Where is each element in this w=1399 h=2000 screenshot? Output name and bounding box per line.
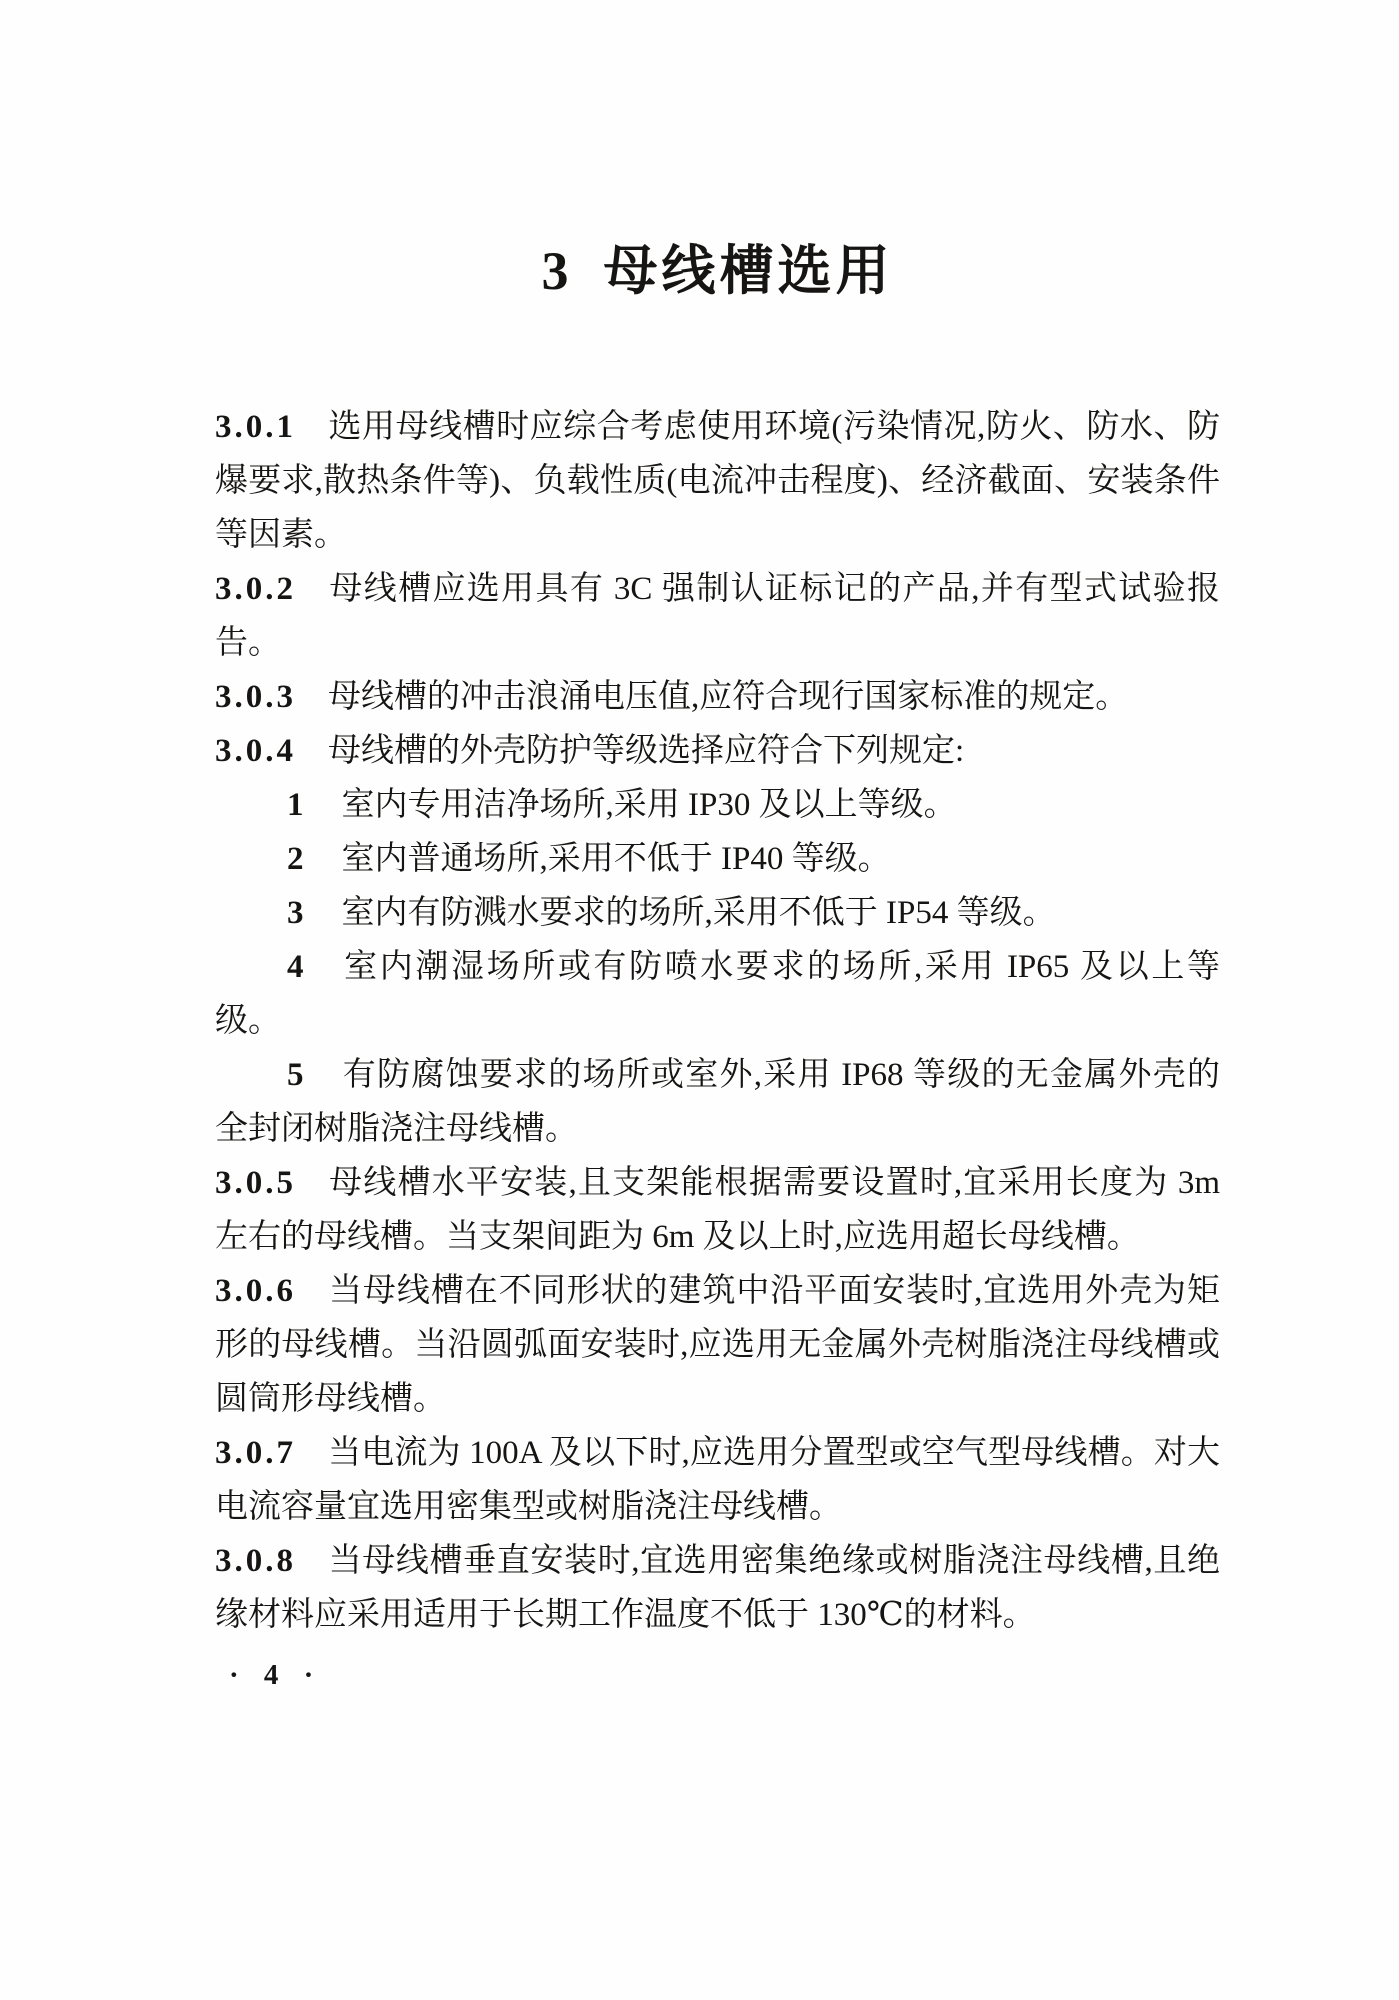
clause-number: 3.0.2 xyxy=(215,571,296,607)
item-text: 室内普通场所,采用不低于 IP40 等级。 xyxy=(342,841,891,877)
text-block: 3母线槽选用 3.0.1选用母线槽时应综合考虑使用环境(污染情况,防火、防水、防… xyxy=(215,0,1220,1692)
chapter-title: 3母线槽选用 xyxy=(215,243,1220,299)
item-text: 室内潮湿场所或有防喷水要求的场所,采用 IP65 及以上等级。 xyxy=(215,949,1220,1039)
clause-3-0-4-item-4: 4室内潮湿场所或有防喷水要求的场所,采用 IP65 及以上等级。 xyxy=(215,940,1220,1048)
clause-number: 3.0.1 xyxy=(215,409,296,445)
document-body: 3.0.1选用母线槽时应综合考虑使用环境(污染情况,防火、防水、防爆要求,散热条… xyxy=(215,400,1220,1642)
clause-3-0-8: 3.0.8当母线槽垂直安装时,宜选用密集绝缘或树脂浇注母线槽,且绝缘材料应采用适… xyxy=(215,1534,1220,1642)
clause-3-0-4: 3.0.4母线槽的外壳防护等级选择应符合下列规定: xyxy=(215,724,1220,778)
page-number: · 4 · xyxy=(215,1658,1220,1692)
clause-3-0-1: 3.0.1选用母线槽时应综合考虑使用环境(污染情况,防火、防水、防爆要求,散热条… xyxy=(215,400,1220,562)
clause-number: 3.0.6 xyxy=(215,1273,296,1309)
clause-text: 母线槽的冲击浪涌电压值,应符合现行国家标准的规定。 xyxy=(328,679,1128,715)
clause-number: 3.0.3 xyxy=(215,679,296,715)
clause-3-0-2: 3.0.2母线槽应选用具有 3C 强制认证标记的产品,并有型式试验报告。 xyxy=(215,562,1220,670)
item-number: 4 xyxy=(287,949,304,985)
chapter-name: 母线槽选用 xyxy=(604,241,894,301)
chapter-number: 3 xyxy=(541,241,568,301)
clause-number: 3.0.5 xyxy=(215,1165,296,1201)
clause-number: 3.0.8 xyxy=(215,1543,296,1579)
clause-3-0-3: 3.0.3母线槽的冲击浪涌电压值,应符合现行国家标准的规定。 xyxy=(215,670,1220,724)
clause-3-0-4-item-1: 1室内专用洁净场所,采用 IP30 及以上等级。 xyxy=(215,778,1220,832)
clause-text: 母线槽水平安装,且支架能根据需要设置时,宜采用长度为 3m 左右的母线槽。当支架… xyxy=(215,1165,1220,1255)
page-number-text: · 4 · xyxy=(229,1659,322,1691)
item-number: 3 xyxy=(287,895,304,931)
clause-text: 母线槽的外壳防护等级选择应符合下列规定: xyxy=(328,733,964,769)
item-text: 室内有防溅水要求的场所,采用不低于 IP54 等级。 xyxy=(342,895,1056,931)
item-text: 有防腐蚀要求的场所或室外,采用 IP68 等级的无金属外壳的全封闭树脂浇注母线槽… xyxy=(215,1057,1220,1147)
item-number: 1 xyxy=(287,787,304,823)
clause-text: 当母线槽在不同形状的建筑中沿平面安装时,宜选用外壳为矩形的母线槽。当沿圆弧面安装… xyxy=(215,1273,1220,1417)
clause-text: 当母线槽垂直安装时,宜选用密集绝缘或树脂浇注母线槽,且绝缘材料应采用适用于长期工… xyxy=(215,1543,1220,1633)
clause-number: 3.0.4 xyxy=(215,733,296,769)
clause-3-0-4-item-2: 2室内普通场所,采用不低于 IP40 等级。 xyxy=(215,832,1220,886)
document-page: 3母线槽选用 3.0.1选用母线槽时应综合考虑使用环境(污染情况,防火、防水、防… xyxy=(0,0,1399,2000)
clause-3-0-6: 3.0.6当母线槽在不同形状的建筑中沿平面安装时,宜选用外壳为矩形的母线槽。当沿… xyxy=(215,1264,1220,1426)
clause-text: 母线槽应选用具有 3C 强制认证标记的产品,并有型式试验报告。 xyxy=(215,571,1220,661)
clause-text: 当电流为 100A 及以下时,应选用分置型或空气型母线槽。对大电流容量宜选用密集… xyxy=(215,1435,1220,1525)
clause-number: 3.0.7 xyxy=(215,1435,296,1471)
clause-3-0-5: 3.0.5母线槽水平安装,且支架能根据需要设置时,宜采用长度为 3m 左右的母线… xyxy=(215,1156,1220,1264)
item-number: 5 xyxy=(287,1057,304,1093)
item-text: 室内专用洁净场所,采用 IP30 及以上等级。 xyxy=(342,787,957,823)
clause-3-0-4-item-3: 3室内有防溅水要求的场所,采用不低于 IP54 等级。 xyxy=(215,886,1220,940)
clause-text: 选用母线槽时应综合考虑使用环境(污染情况,防火、防水、防爆要求,散热条件等)、负… xyxy=(215,409,1220,553)
item-number: 2 xyxy=(287,841,304,877)
clause-3-0-7: 3.0.7当电流为 100A 及以下时,应选用分置型或空气型母线槽。对大电流容量… xyxy=(215,1426,1220,1534)
clause-3-0-4-item-5: 5有防腐蚀要求的场所或室外,采用 IP68 等级的无金属外壳的全封闭树脂浇注母线… xyxy=(215,1048,1220,1156)
